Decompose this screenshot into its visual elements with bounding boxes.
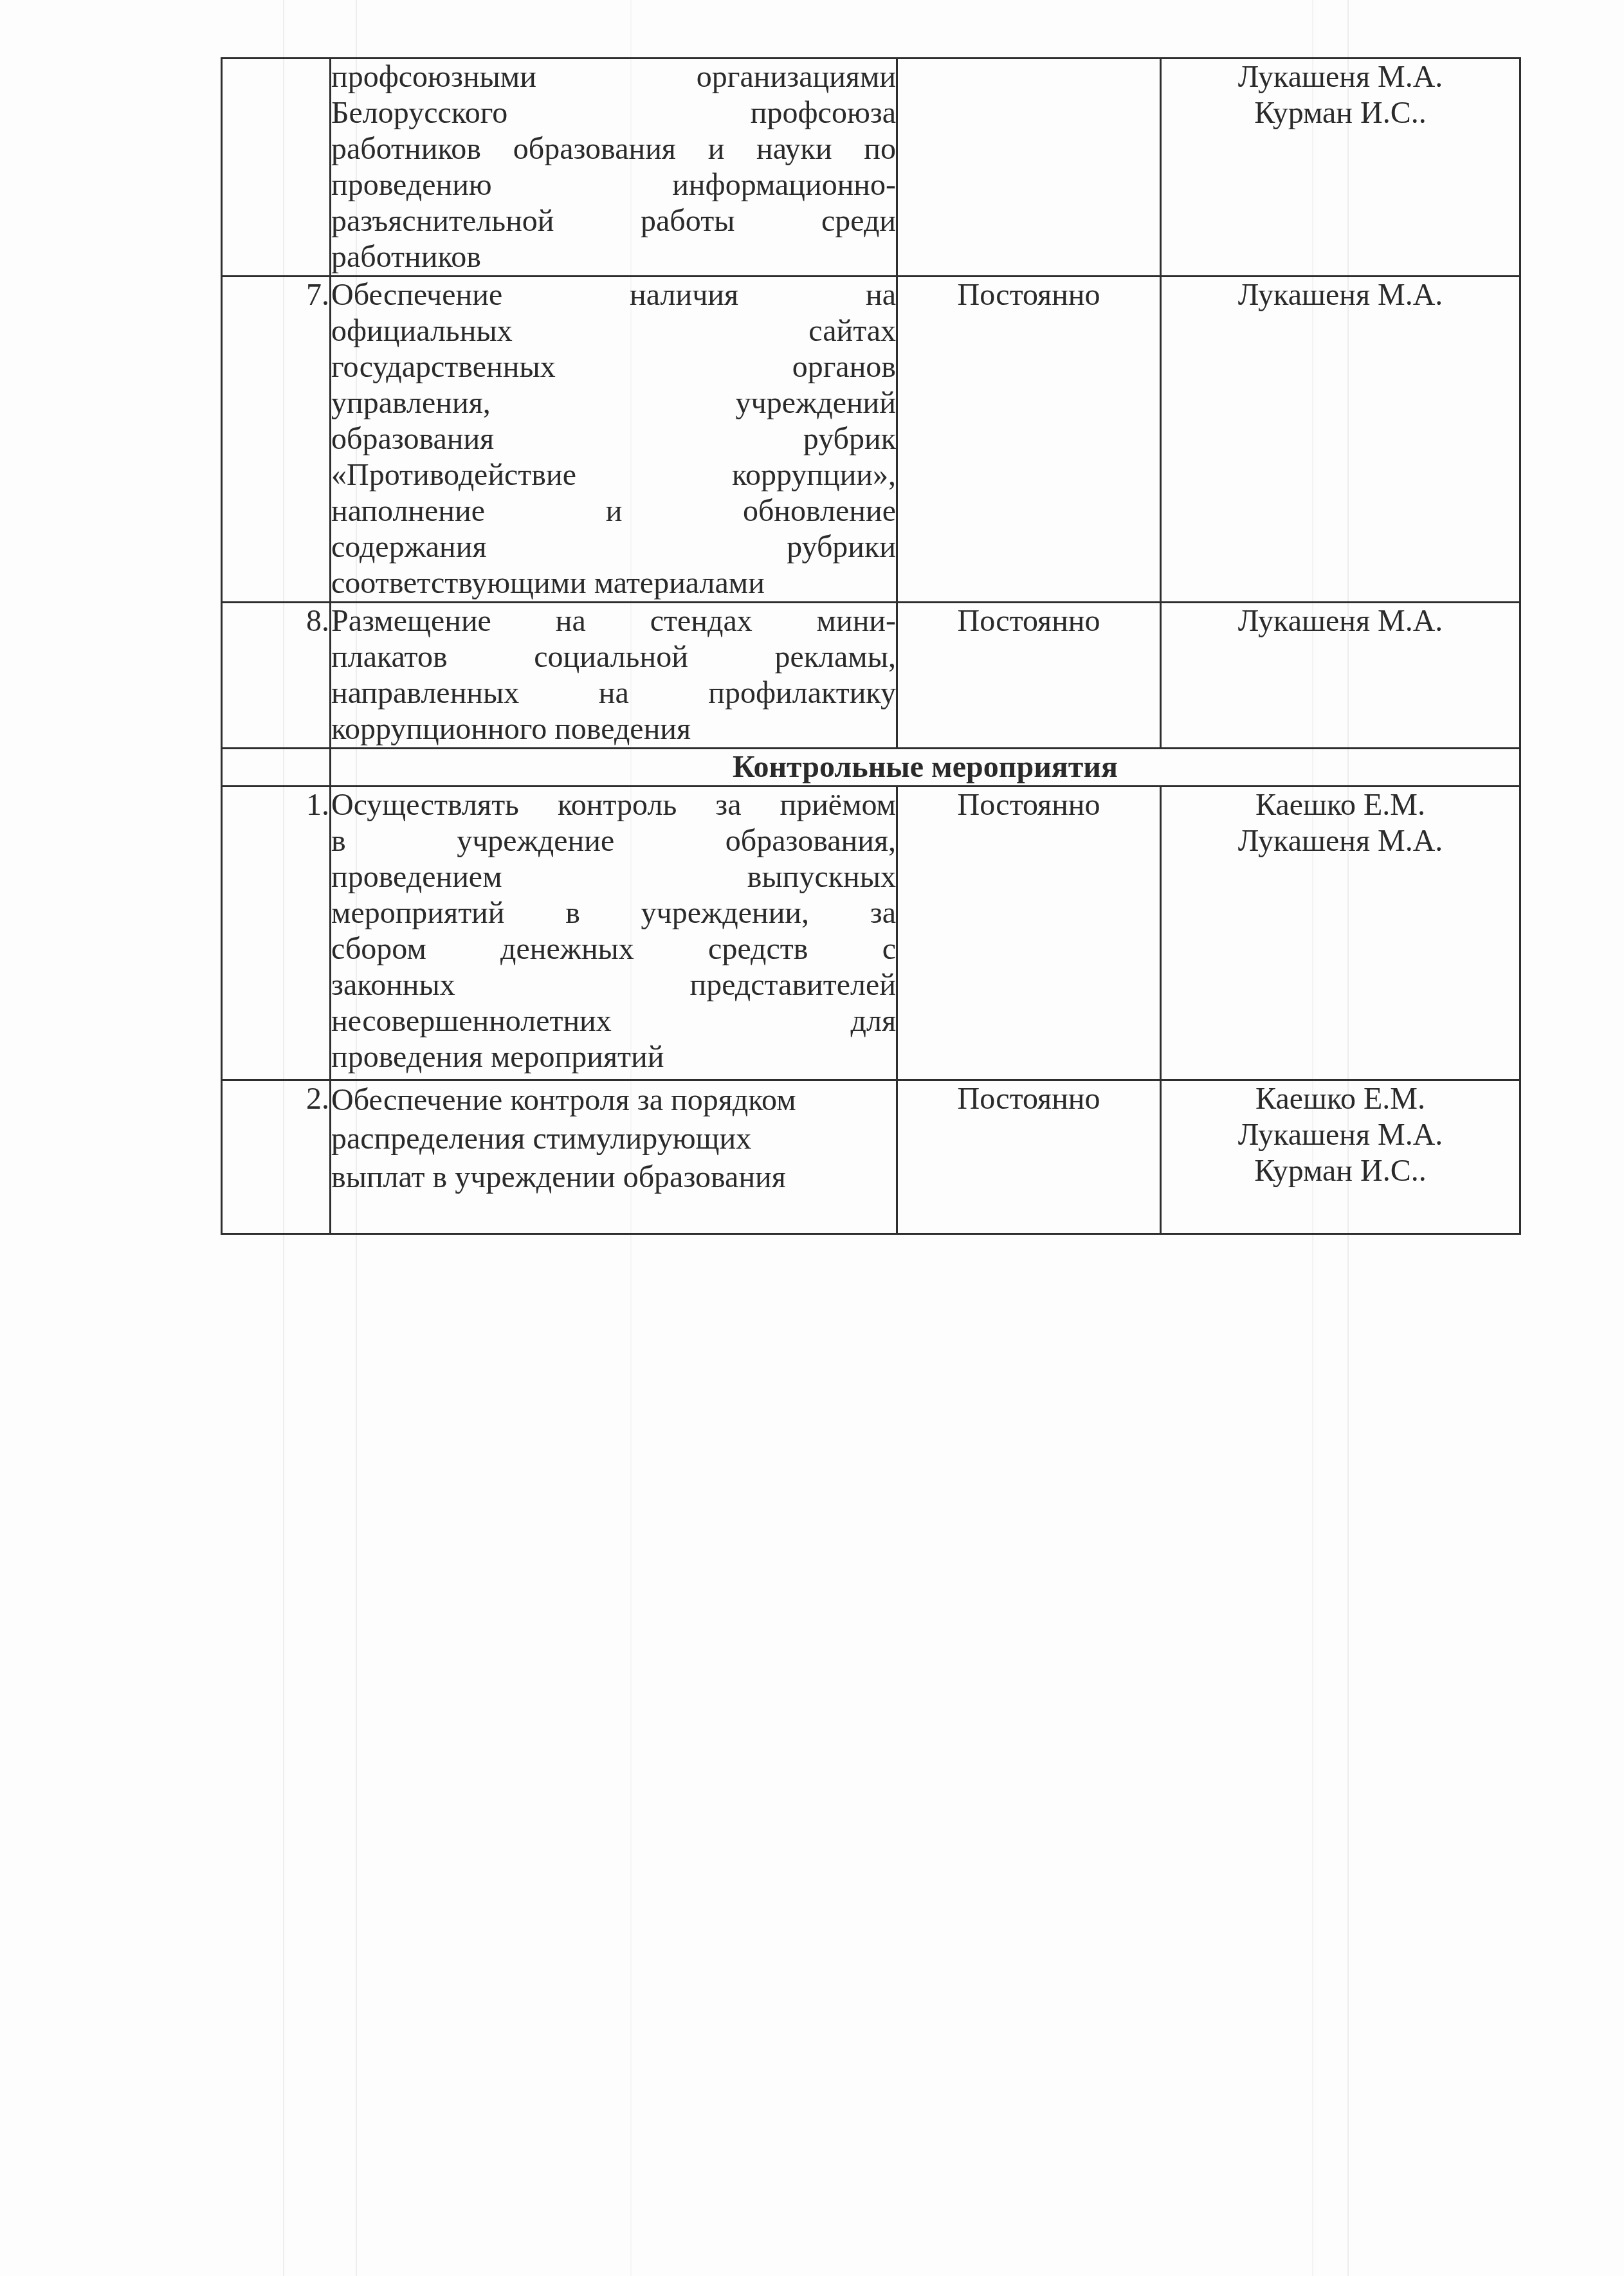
activity-line: проведению информационно-	[331, 167, 896, 203]
responsible-person: Каешко Е.М.	[1162, 787, 1519, 823]
activity-line: «Противодействие коррупции»,	[331, 457, 896, 493]
activity-line: плакатов социальной рекламы,	[331, 639, 896, 675]
row-number: 8.	[222, 603, 331, 749]
activity-line: управления, учреждений	[331, 385, 896, 421]
responsible-person: Курман И.С..	[1162, 95, 1519, 131]
responsible-cell: Каешко Е.М. Лукашеня М.А. Курман И.С..	[1161, 1080, 1520, 1234]
activity-cell: Обеспечение наличия на официальных сайта…	[331, 277, 897, 603]
responsible-person: Лукашеня М.А.	[1162, 1117, 1519, 1153]
activity-line: Обеспечение контроля за порядком	[331, 1081, 896, 1120]
responsible-person: Лукашеня М.А.	[1162, 603, 1519, 639]
activity-line: наполнение и обновление	[331, 493, 896, 529]
activity-line: распределения стимулирующих	[331, 1120, 896, 1158]
table-row: 1. Осуществлять контроль за приёмом в уч…	[222, 787, 1520, 1080]
activity-line: сбором денежных средств с	[331, 931, 896, 967]
section-header-row: Контрольные мероприятия	[222, 749, 1520, 787]
activity-line: профсоюзными организациями	[331, 59, 896, 95]
anti-corruption-plan-table: профсоюзными организациями Белорусского …	[221, 57, 1521, 1235]
row-number	[222, 749, 331, 787]
responsible-person: Каешко Е.М.	[1162, 1081, 1519, 1117]
responsible-cell: Лукашеня М.А.	[1161, 277, 1520, 603]
activity-line: работников образования и науки по	[331, 131, 896, 167]
table-row: 8. Размещение на стендах мини- плакатов …	[222, 603, 1520, 749]
responsible-person: Курман И.С..	[1162, 1153, 1519, 1189]
responsible-cell: Каешко Е.М. Лукашеня М.А.	[1161, 787, 1520, 1080]
table-row: профсоюзными организациями Белорусского …	[222, 59, 1520, 277]
term-cell: Постоянно	[897, 1080, 1161, 1234]
activity-line: выплат в учреждении образования	[331, 1158, 896, 1197]
activity-cell: Осуществлять контроль за приёмом в учреж…	[331, 787, 897, 1080]
section-title: Контрольные мероприятия	[331, 749, 1520, 787]
activity-line: разъяснительной работы среди	[331, 203, 896, 239]
activity-line: образования рубрик	[331, 421, 896, 457]
activity-line: проведением выпускных	[331, 859, 896, 895]
table-row: 2. Обеспечение контроля за порядком расп…	[222, 1080, 1520, 1234]
activity-line: коррупционного поведения	[331, 711, 896, 747]
term-cell: Постоянно	[897, 603, 1161, 749]
responsible-person: Лукашеня М.А.	[1162, 277, 1519, 313]
row-number: 2.	[222, 1080, 331, 1234]
activity-line: государственных органов	[331, 349, 896, 385]
responsible-person: Лукашеня М.А.	[1162, 823, 1519, 859]
activity-cell: Размещение на стендах мини- плакатов соц…	[331, 603, 897, 749]
activity-line: соответствующими материалами	[331, 565, 896, 601]
activity-line: Обеспечение наличия на	[331, 277, 896, 313]
term-cell: Постоянно	[897, 277, 1161, 603]
activity-line: законных представителей	[331, 967, 896, 1003]
activity-line: официальных сайтах	[331, 313, 896, 349]
activity-line: в учреждение образования,	[331, 823, 896, 859]
row-number: 7.	[222, 277, 331, 603]
activity-line: несовершеннолетних для	[331, 1003, 896, 1039]
row-number	[222, 59, 331, 277]
activity-line: работников	[331, 239, 896, 275]
activity-cell: профсоюзными организациями Белорусского …	[331, 59, 897, 277]
row-number: 1.	[222, 787, 331, 1080]
activity-line: проведения мероприятий	[331, 1039, 896, 1075]
activity-line: содержания рубрики	[331, 529, 896, 565]
activity-line: Размещение на стендах мини-	[331, 603, 896, 639]
term-cell: Постоянно	[897, 787, 1161, 1080]
responsible-cell: Лукашеня М.А. Курман И.С..	[1161, 59, 1520, 277]
activity-cell: Обеспечение контроля за порядком распред…	[331, 1080, 897, 1234]
activity-line: мероприятий в учреждении, за	[331, 895, 896, 931]
responsible-cell: Лукашеня М.А.	[1161, 603, 1520, 749]
activity-line: Осуществлять контроль за приёмом	[331, 787, 896, 823]
activity-line: Белорусского профсоюза	[331, 95, 896, 131]
table-row: 7. Обеспечение наличия на официальных са…	[222, 277, 1520, 603]
activity-line: направленных на профилактику	[331, 675, 896, 711]
responsible-person: Лукашеня М.А.	[1162, 59, 1519, 95]
term-cell	[897, 59, 1161, 277]
